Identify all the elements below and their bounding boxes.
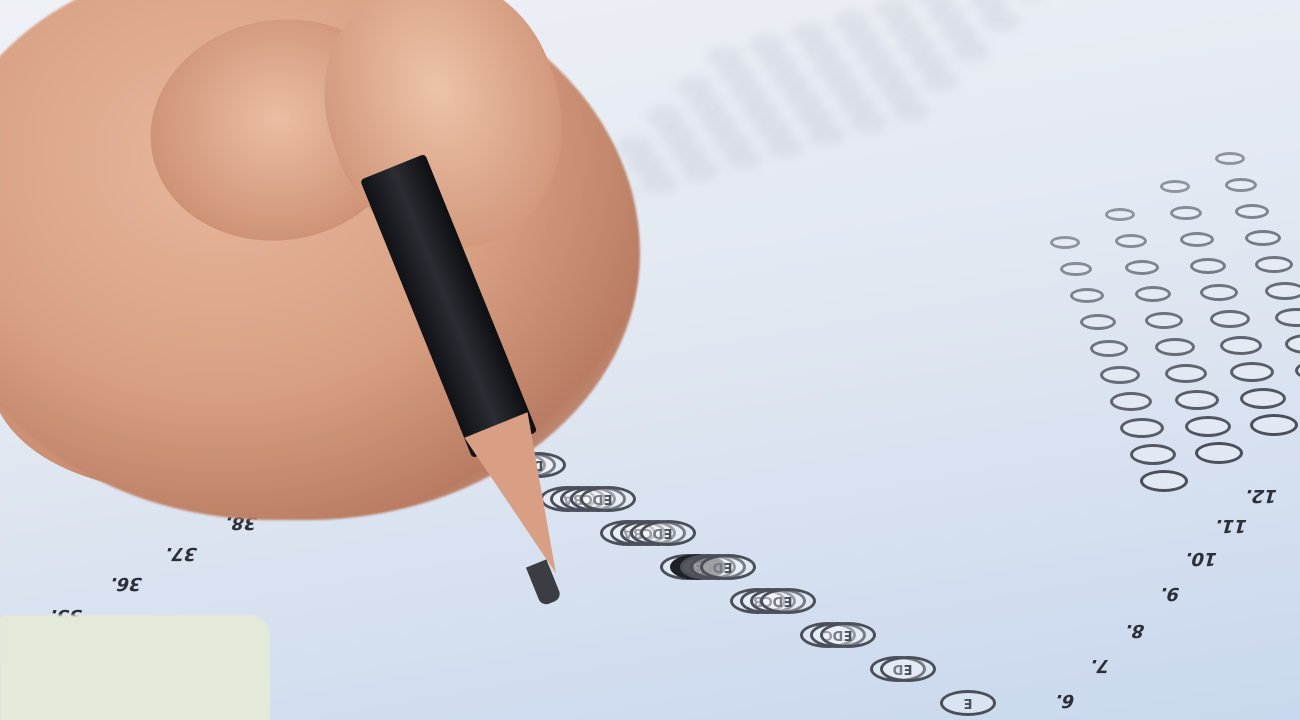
answer-bubble[interactable]: E — [580, 486, 636, 512]
answer-bubble[interactable] — [1170, 206, 1202, 220]
answer-bubble[interactable] — [1145, 312, 1183, 329]
answer-bubble[interactable] — [1250, 414, 1298, 436]
answer-bubble[interactable] — [1235, 204, 1269, 219]
answer-bubble[interactable] — [1070, 288, 1104, 303]
answer-bubble[interactable] — [1240, 388, 1286, 409]
answer-bubble[interactable] — [1185, 416, 1231, 437]
answer-bubble[interactable] — [1255, 256, 1293, 273]
answer-bubble[interactable] — [1060, 262, 1092, 276]
answer-bubble[interactable] — [1105, 208, 1135, 221]
answer-bubble[interactable] — [1225, 178, 1257, 192]
answer-bubble[interactable] — [1110, 392, 1152, 411]
answer-bubble[interactable]: E — [940, 690, 996, 716]
answer-bubble[interactable] — [1135, 286, 1171, 302]
answer-bubble[interactable] — [1230, 362, 1274, 382]
answer-bubble[interactable] — [1210, 310, 1250, 328]
answer-bubble[interactable]: E — [640, 520, 696, 546]
question-number: 11. — [1212, 515, 1250, 536]
answer-bubble[interactable] — [1100, 366, 1140, 384]
answer-bubble[interactable] — [1195, 442, 1243, 464]
answer-bubble[interactable] — [1220, 336, 1262, 355]
answer-bubble[interactable] — [1245, 230, 1281, 246]
answer-bubble[interactable] — [1200, 284, 1238, 301]
answer-bubble[interactable] — [1090, 340, 1128, 357]
answer-bubble[interactable] — [1140, 470, 1188, 492]
answer-bubble[interactable]: E — [820, 622, 876, 648]
answer-bubble[interactable] — [1215, 152, 1245, 165]
photo-scene: EDCBAEDCBAEDCBAEDCBAEDCBAEDCBAEDCBA 6.7.… — [0, 0, 1300, 720]
answer-bubble[interactable]: E — [760, 588, 816, 614]
answer-bubble[interactable] — [1165, 364, 1207, 383]
answer-bubble[interactable] — [1130, 444, 1176, 465]
answer-bubble[interactable] — [1160, 180, 1190, 193]
question-number: 36. — [107, 573, 145, 594]
answer-bubble[interactable] — [1080, 314, 1116, 330]
answer-bubble[interactable] — [1175, 390, 1219, 410]
question-number: 10. — [1182, 548, 1220, 569]
question-number: 37. — [162, 543, 200, 564]
tape-strip — [0, 615, 270, 720]
answer-bubble[interactable] — [1120, 418, 1164, 438]
answer-bubble[interactable]: E — [700, 554, 756, 580]
answer-bubble[interactable]: E — [880, 656, 936, 682]
answer-bubble[interactable] — [1050, 236, 1080, 249]
answer-bubble[interactable] — [1190, 258, 1226, 274]
answer-bubble[interactable] — [1265, 282, 1300, 300]
answer-bubble[interactable] — [1155, 338, 1195, 356]
question-number: 12. — [1242, 485, 1280, 506]
answer-bubble[interactable] — [1125, 260, 1159, 275]
answer-bubble[interactable] — [1115, 234, 1147, 248]
answer-bubble[interactable] — [1180, 232, 1214, 247]
